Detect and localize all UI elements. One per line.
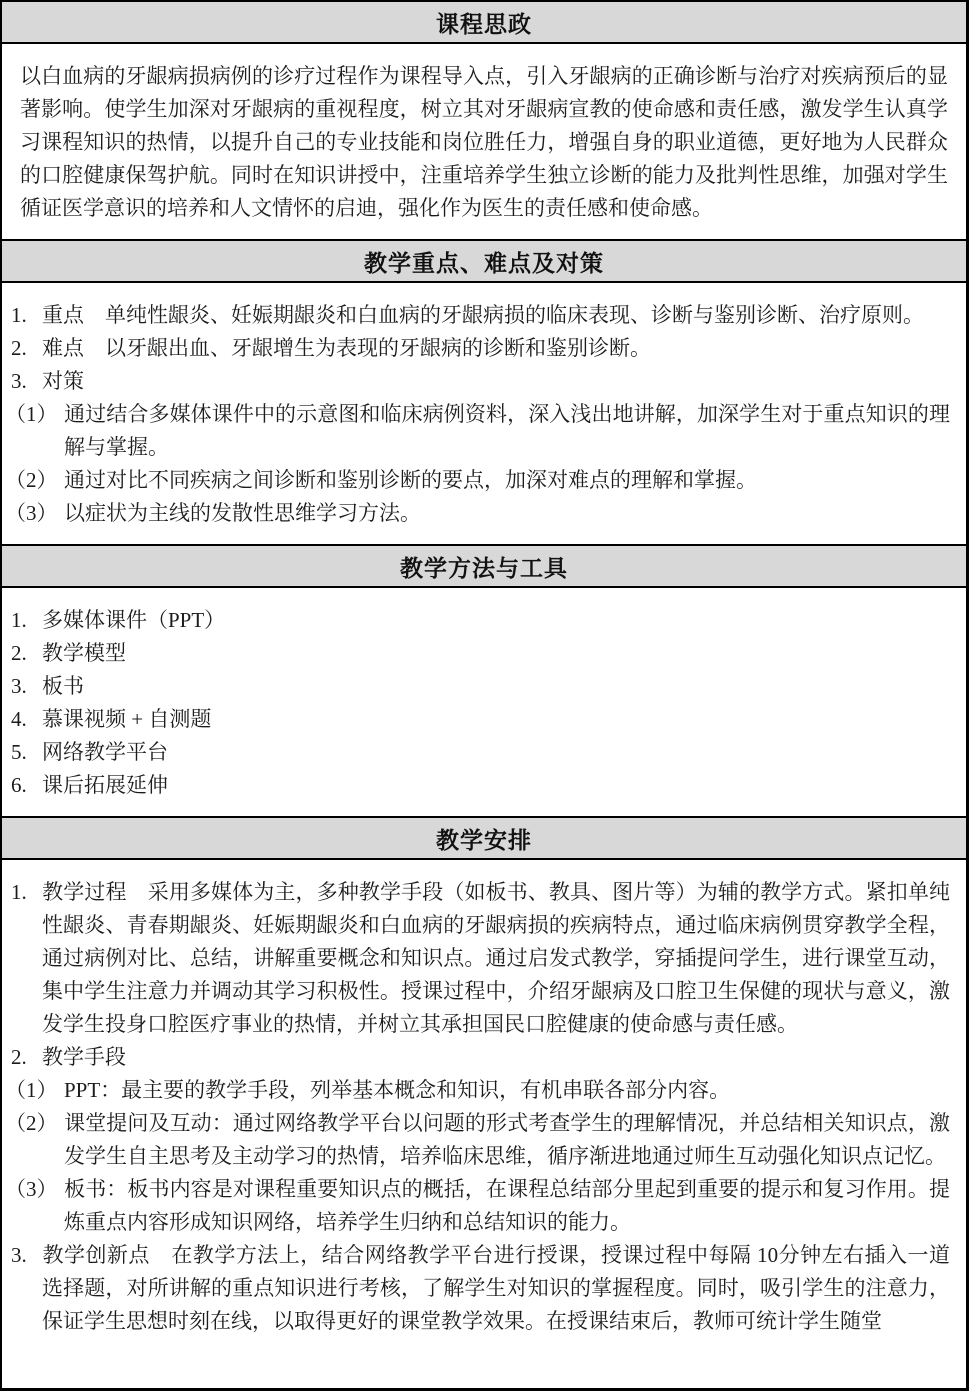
lesson-plan-table: 课程思政 以白血病的牙龈病损病例的诊疗过程作为课程导入点，引入牙龈病的正确诊断与… [0, 0, 969, 1391]
list-item-marker: 1. [11, 876, 42, 909]
list-item-text: 网络教学平台 [42, 740, 168, 764]
section-methods-tools: 教学方法与工具 1.多媒体课件（PPT） 2.教学模型 3.板书 4.慕课视频 … [2, 544, 966, 816]
list-item: 1.多媒体课件（PPT） [11, 604, 950, 637]
list-item-text: 教学模型 [42, 641, 126, 665]
section-header: 课程思政 [2, 2, 966, 44]
list-item-text: 通过对比不同疾病之间诊断和鉴别诊断的要点，加深对难点的理解和掌握。 [64, 468, 757, 492]
section-title: 教学方法与工具 [400, 550, 568, 583]
list-item-marker: （2） [5, 464, 64, 497]
section-title: 课程思政 [436, 6, 532, 39]
list-item: 3.板书 [11, 670, 950, 703]
section-key-points: 教学重点、难点及对策 1.重点 单纯性龈炎、妊娠期龈炎和白血病的牙龈病损的临床表… [2, 239, 966, 544]
section-header: 教学方法与工具 [2, 544, 966, 588]
section-teaching-arrangement: 教学安排 1.教学过程 采用多媒体为主，多种教学手段（如板书、教具、图片等）为辅… [2, 816, 966, 1352]
list-item-marker: 3. [11, 670, 42, 703]
section-body: 1.教学过程 采用多媒体为主，多种教学手段（如板书、教具、图片等）为辅的教学方式… [2, 860, 966, 1352]
section-body: 1.多媒体课件（PPT） 2.教学模型 3.板书 4.慕课视频 + 自测题 5.… [2, 588, 966, 816]
list-item-text: 教学手段 [42, 1045, 126, 1069]
list-item-text: 课后拓展延伸 [42, 773, 168, 797]
section-course-ideology: 课程思政 以白血病的牙龈病损病例的诊疗过程作为课程导入点，引入牙龈病的正确诊断与… [2, 2, 966, 239]
list-item-text: 教学创新点 在教学方法上，结合网络教学平台进行授课，授课过程中每隔 10分钟左右… [42, 1243, 950, 1333]
list-item: （2）通过对比不同疾病之间诊断和鉴别诊断的要点，加深对难点的理解和掌握。 [11, 464, 950, 497]
list-item: 2.难点 以牙龈出血、牙龈增生为表现的牙龈病的诊断和鉴别诊断。 [11, 332, 950, 365]
list-item-marker: （1） [5, 398, 64, 431]
list-item-marker: （3） [5, 497, 64, 530]
list-item-marker: （3） [5, 1173, 64, 1206]
list-item: （2）课堂提问及互动：通过网络教学平台以问题的形式考查学生的理解情况，并总结相关… [11, 1107, 950, 1173]
list-item-marker: （2） [5, 1107, 64, 1140]
list-item-text: 课堂提问及互动：通过网络教学平台以问题的形式考查学生的理解情况，并总结相关知识点… [64, 1111, 950, 1168]
list-item: 4.慕课视频 + 自测题 [11, 703, 950, 736]
list-item-text: 多媒体课件（PPT） [42, 608, 225, 632]
list-item-marker: 2. [11, 1041, 42, 1074]
list-item: 5.网络教学平台 [11, 736, 950, 769]
list-item-text: 板书：板书内容是对课程重要知识点的概括，在课程总结部分里起到重要的提示和复习作用… [64, 1177, 950, 1234]
list-item: 3.教学创新点 在教学方法上，结合网络教学平台进行授课，授课过程中每隔 10分钟… [11, 1239, 950, 1338]
list-item: （3）以症状为主线的发散性思维学习方法。 [11, 497, 950, 530]
list-item: （1）通过结合多媒体课件中的示意图和临床病例资料，深入浅出地讲解，加深学生对于重… [11, 398, 950, 464]
section-title: 教学重点、难点及对策 [364, 245, 604, 278]
list-item-text: 对策 [42, 369, 84, 393]
section-title: 教学安排 [436, 822, 532, 855]
list-item-text: 重点 单纯性龈炎、妊娠期龈炎和白血病的牙龈病损的临床表现、诊断与鉴别诊断、治疗原… [42, 303, 924, 327]
list-item-marker: 5. [11, 736, 42, 769]
list-item: （1）PPT：最主要的教学手段，列举基本概念和知识，有机串联各部分内容。 [11, 1074, 950, 1107]
section-body: 1.重点 单纯性龈炎、妊娠期龈炎和白血病的牙龈病损的临床表现、诊断与鉴别诊断、治… [2, 283, 966, 544]
list-item-text: 慕课视频 + 自测题 [42, 707, 211, 731]
section-body: 以白血病的牙龈病损病例的诊疗过程作为课程导入点，引入牙龈病的正确诊断与治疗对疾病… [2, 44, 966, 239]
list-item-marker: 3. [11, 1239, 42, 1272]
list-item-text: 以症状为主线的发散性思维学习方法。 [64, 501, 421, 525]
list-item-marker: （1） [5, 1074, 64, 1107]
list-item-marker: 6. [11, 769, 42, 802]
list-item: 2.教学模型 [11, 637, 950, 670]
list-item-marker: 4. [11, 703, 42, 736]
list-item-text: 板书 [42, 674, 84, 698]
list-item-marker: 2. [11, 332, 42, 365]
list-item: 1.教学过程 采用多媒体为主，多种教学手段（如板书、教具、图片等）为辅的教学方式… [11, 876, 950, 1041]
list-item: （3）板书：板书内容是对课程重要知识点的概括，在课程总结部分里起到重要的提示和复… [11, 1173, 950, 1239]
paragraph: 以白血病的牙龈病损病例的诊疗过程作为课程导入点，引入牙龈病的正确诊断与治疗对疾病… [11, 60, 950, 225]
section-header: 教学安排 [2, 816, 966, 860]
list-item-marker: 1. [11, 299, 42, 332]
list-item: 2.教学手段 [11, 1041, 950, 1074]
section-header: 教学重点、难点及对策 [2, 239, 966, 283]
list-item: 1.重点 单纯性龈炎、妊娠期龈炎和白血病的牙龈病损的临床表现、诊断与鉴别诊断、治… [11, 299, 950, 332]
list-item: 3.对策 [11, 365, 950, 398]
list-item-marker: 3. [11, 365, 42, 398]
list-item-text: 难点 以牙龈出血、牙龈增生为表现的牙龈病的诊断和鉴别诊断。 [42, 336, 651, 360]
list-item: 6.课后拓展延伸 [11, 769, 950, 802]
list-item-marker: 2. [11, 637, 42, 670]
list-item-text: PPT：最主要的教学手段，列举基本概念和知识，有机串联各部分内容。 [64, 1078, 730, 1102]
list-item-marker: 1. [11, 604, 42, 637]
list-item-text: 教学过程 采用多媒体为主，多种教学手段（如板书、教具、图片等）为辅的教学方式。紧… [42, 880, 950, 1036]
list-item-text: 通过结合多媒体课件中的示意图和临床病例资料，深入浅出地讲解，加深学生对于重点知识… [64, 402, 950, 459]
